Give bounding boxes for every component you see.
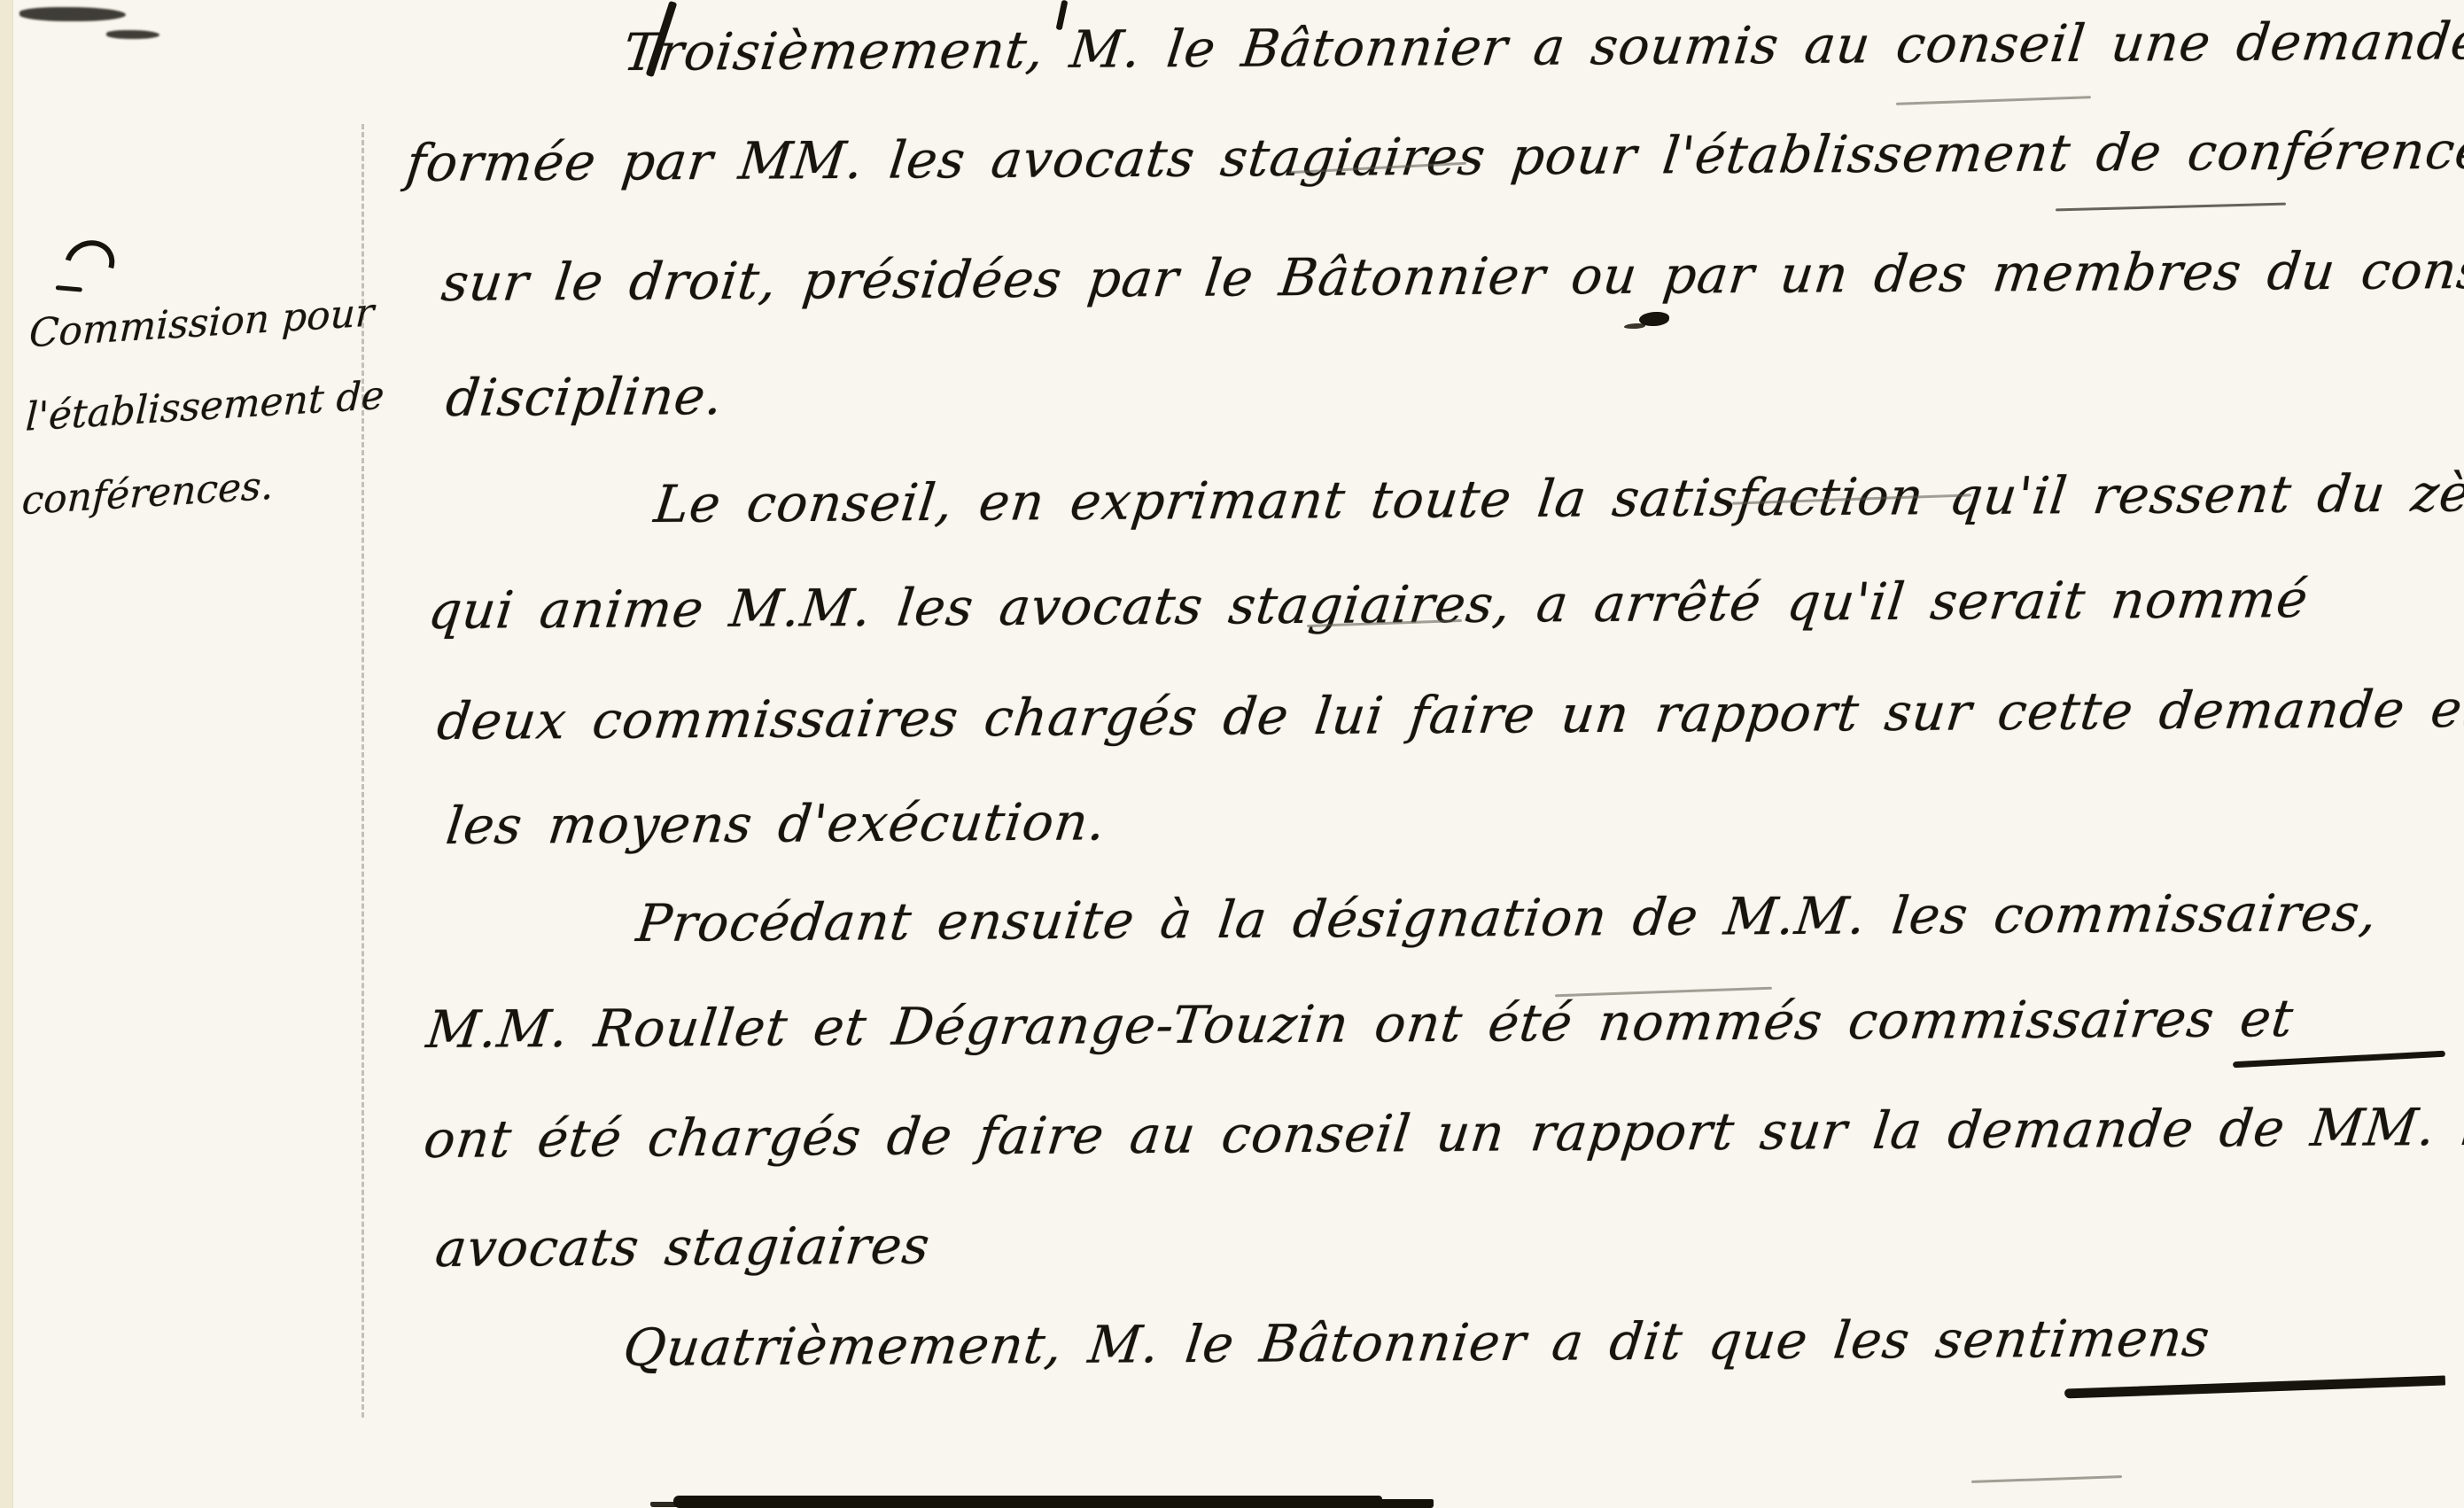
scan-smudge <box>19 7 126 21</box>
flourish-dash <box>2233 1051 2445 1069</box>
body-line-12: avocats stagiaires <box>432 1216 933 1279</box>
body-line-6: qui anime M.M. les avocats stagiaires, a… <box>425 569 2312 641</box>
body-line-9: Procédant ensuite à la désignation de M.… <box>633 882 2381 953</box>
body-line-8: les moyens d'exécution. <box>443 791 1109 856</box>
ink-underline <box>2056 203 2286 212</box>
body-line-1: Troisièmement, M. le Bâtonnier a soumis … <box>620 11 2464 82</box>
body-line-5: Le conseil, en exprimant toute la satisf… <box>651 463 2464 534</box>
margin-note: Commission pour l'établissement de confé… <box>20 267 447 543</box>
fold-line <box>361 124 364 1418</box>
body-line-4: discipline. <box>443 366 727 428</box>
body-line-3: sur le droit, présidées par le Bâtonnier… <box>439 239 2464 313</box>
flourish-dash <box>2064 1376 2445 1399</box>
manuscript-page: Commission pour l'établissement de confé… <box>0 0 2464 1508</box>
ink-blot <box>1639 312 1669 326</box>
scan-smudge <box>106 30 159 39</box>
body-line-10: M.M. Roullet et Dégrange-Touzin ont été … <box>424 988 2297 1060</box>
pencil-stroke <box>1896 96 2091 105</box>
paper-edge <box>0 0 13 1508</box>
body-line-13: Quatrièmement, M. le Bâtonnier a dit que… <box>620 1308 2213 1378</box>
body-line-11: ont été chargés de faire au conseil un r… <box>421 1096 2464 1170</box>
body-line-7: deux commissaires chargés de lui faire u… <box>434 678 2464 751</box>
body-line-2: formée par MM. les avocats stagiaires po… <box>403 120 2464 193</box>
pencil-stroke <box>1971 1475 2122 1483</box>
cropped-bottom-text <box>673 1496 1382 1508</box>
